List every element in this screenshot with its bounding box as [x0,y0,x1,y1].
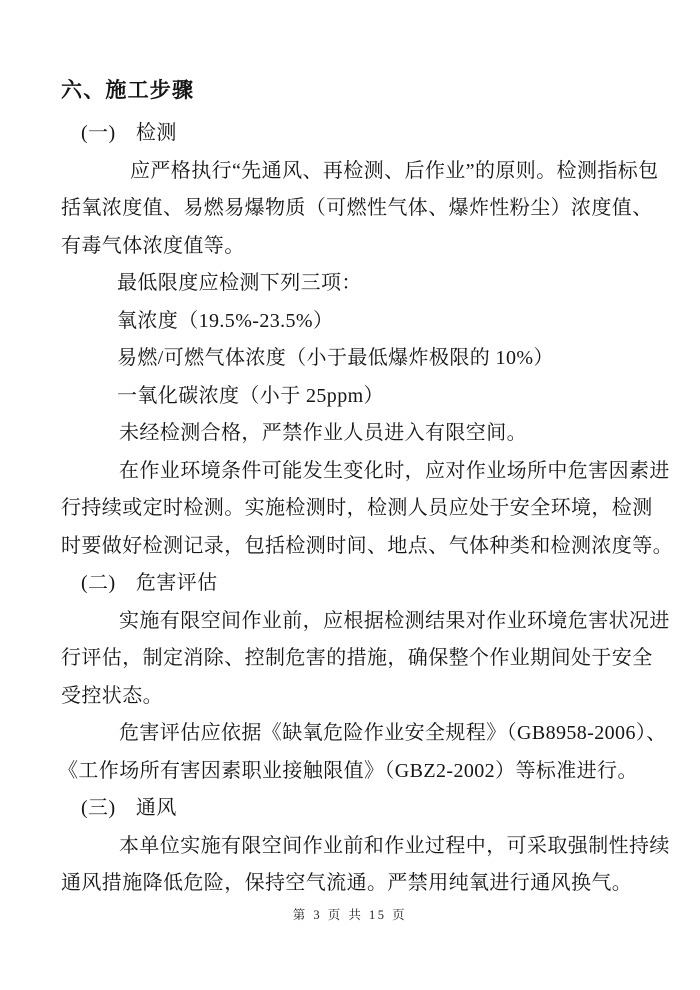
text-line-flammable-gas-limit: 易燃/可燃气体浓度（小于最低爆炸极限的 10%） [61,340,661,378]
text-line-oxygen-limit: 氧浓度（19.5%-23.5%） [61,303,661,341]
text-line-co-limit: 一氧化碳浓度（小于 25ppm） [61,378,661,416]
text-line: 受控状态。 [61,678,661,716]
text-line: 行评估，制定消除、控制危害的措施，确保整个作业期间处于安全 [61,640,661,678]
text-line: 实施有限空间作业前，应根据检测结果对作业环境危害状况进 [61,603,661,641]
text-line: 在作业环境条件可能发生变化时，应对作业场所中危害因素进 [61,453,661,491]
document-page: 六、施工步骤 (一) 检测 应严格执行“先通风、再检测、后作业”的原则。检测指标… [0,0,700,990]
subsection-label-2: (二) 危害评估 [61,565,661,603]
text-line-standard-gb8958: 危害评估应依据《缺氧危险作业安全规程》（GB8958-2006）、 [61,715,661,753]
text-line: 未经检测合格，严禁作业人员进入有限空间。 [61,415,661,453]
text-line: 有毒气体浓度值等。 [61,228,661,266]
text-line-standard-gbz2: 《工作场所有害因素职业接触限值》（GBZ2-2002）等标准进行。 [58,753,661,791]
text-line: 通风措施降低危险，保持空气流通。严禁用纯氧进行通风换气。 [61,865,661,903]
subsection-label-3: (三) 通风 [61,790,661,828]
page-number: 第 3 页 共 15 页 [0,905,700,923]
text-line: 行持续或定时检测。实施检测时，检测人员应处于安全环境，检测 [61,490,661,528]
text-line: 应严格执行“先通风、再检测、后作业”的原则。检测指标包 [61,153,661,191]
text-line: 时要做好检测记录，包括检测时间、地点、气体种类和检测浓度等。 [61,528,661,566]
document-body: 六、施工步骤 (一) 检测 应严格执行“先通风、再检测、后作业”的原则。检测指标… [61,72,661,903]
text-line: 本单位实施有限空间作业前和作业过程中，可采取强制性持续 [61,828,661,866]
text-line: 括氧浓度值、易燃易爆物质（可燃性气体、爆炸性粉尘）浓度值、 [61,190,661,228]
subsection-label-1: (一) 检测 [61,115,661,153]
text-line: 最低限度应检测下列三项： [61,265,661,303]
section-heading: 六、施工步骤 [61,72,661,110]
